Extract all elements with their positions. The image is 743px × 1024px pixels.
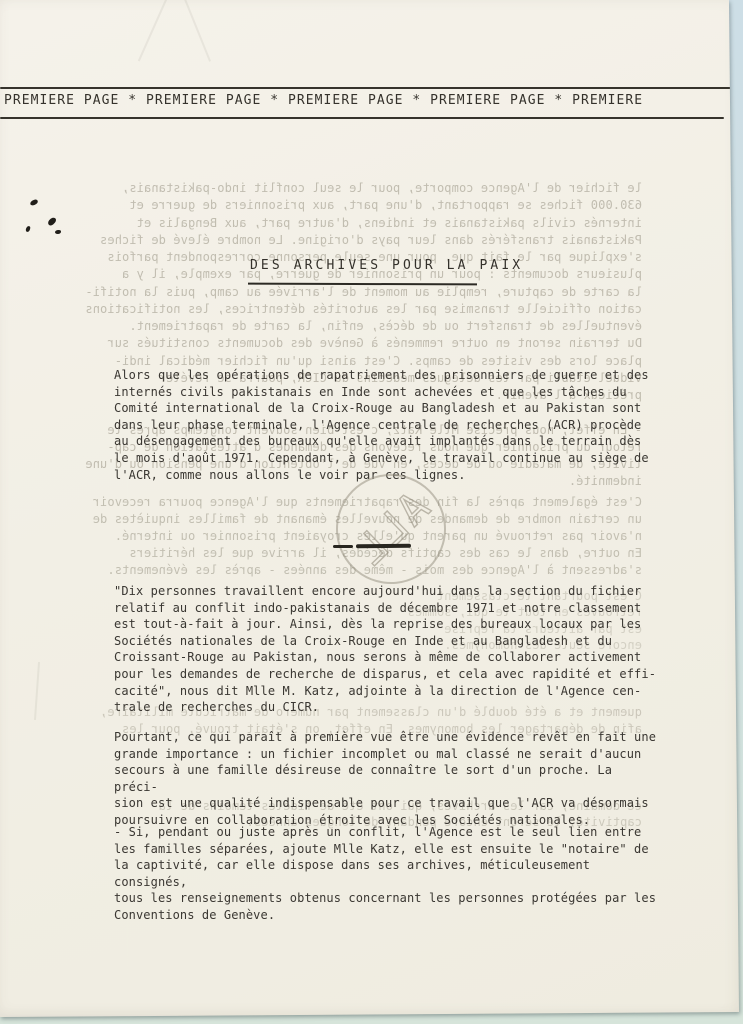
ink-blot <box>47 216 57 227</box>
bleedthrough-line: la carte de capture, remplie au moment d… <box>85 285 642 299</box>
bleedthrough-line: éventuelles de transfert ou de décès, en… <box>129 319 642 333</box>
underline-mark <box>356 543 411 548</box>
bleedthrough-line: le fichier de l'Agence comporte, pour le… <box>122 181 642 195</box>
bleedthrough-line: internés civils pakistanais et indiens, … <box>137 216 642 230</box>
paper-crease <box>183 0 211 62</box>
bleedthrough-line: Du terrain seront en outre remmenés à Ge… <box>107 336 642 350</box>
bleedthrough-line: Pakistanais transférés dans leur pays d'… <box>100 233 642 247</box>
title-underline <box>248 283 477 286</box>
ink-blot <box>29 199 38 206</box>
paper-sheet: le fichier de l'Agence comporte, pour le… <box>0 0 743 1018</box>
bleedthrough-line: cation officielle transmise par les auto… <box>85 302 642 316</box>
paragraph-3: Pourtant, ce qui paraît à première vue ê… <box>114 729 659 829</box>
ink-blot <box>55 230 61 234</box>
header-band-text: PREMIERE PAGE * PREMIERE PAGE * PREMIERE… <box>4 93 643 108</box>
scanned-document-photo: le fichier de l'Agence comporte, pour le… <box>0 0 743 1024</box>
bleedthrough-line: place lors des visites de camps. C'est a… <box>115 354 642 368</box>
page-title: DES ARCHIVES POUR LA PAIX <box>250 258 523 273</box>
underline-mark <box>333 545 353 548</box>
paper-crease <box>34 662 40 720</box>
paragraph-4: - Si, pendant ou juste après un conflit,… <box>114 824 659 924</box>
ink-blot <box>25 226 30 233</box>
header-rule-bottom <box>0 117 724 119</box>
bleedthrough-line: 630.000 fiches se rapportant, d'une part… <box>129 198 642 212</box>
stamp-circle: ALL <box>331 469 452 590</box>
paragraph-2: "Dix personnes travaillent encore aujour… <box>114 583 659 716</box>
header-rule-top <box>0 87 731 89</box>
paper-sheet-wrap: le fichier de l'Agence comporte, pour le… <box>0 0 743 1020</box>
paper-crease <box>138 0 168 61</box>
